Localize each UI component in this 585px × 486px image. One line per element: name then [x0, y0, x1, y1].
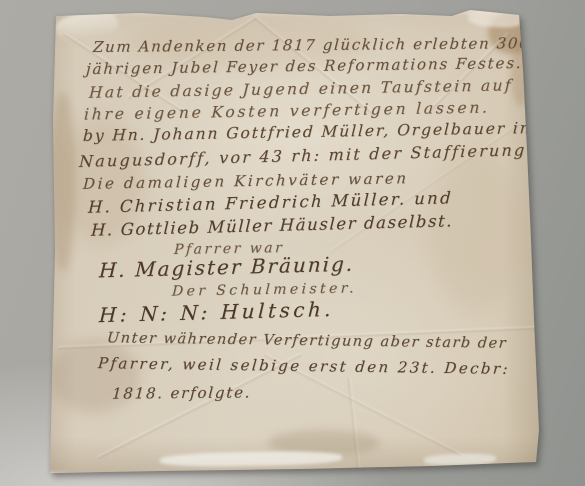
manuscript-paper: Zum Andenken der 1817 glücklich erlebten… — [0, 0, 585, 486]
paper-shadow: Zum Andenken der 1817 glücklich erlebten… — [0, 0, 585, 486]
photo-scene: Zum Andenken der 1817 glücklich erlebten… — [0, 0, 585, 486]
paper-vignette — [0, 0, 585, 486]
